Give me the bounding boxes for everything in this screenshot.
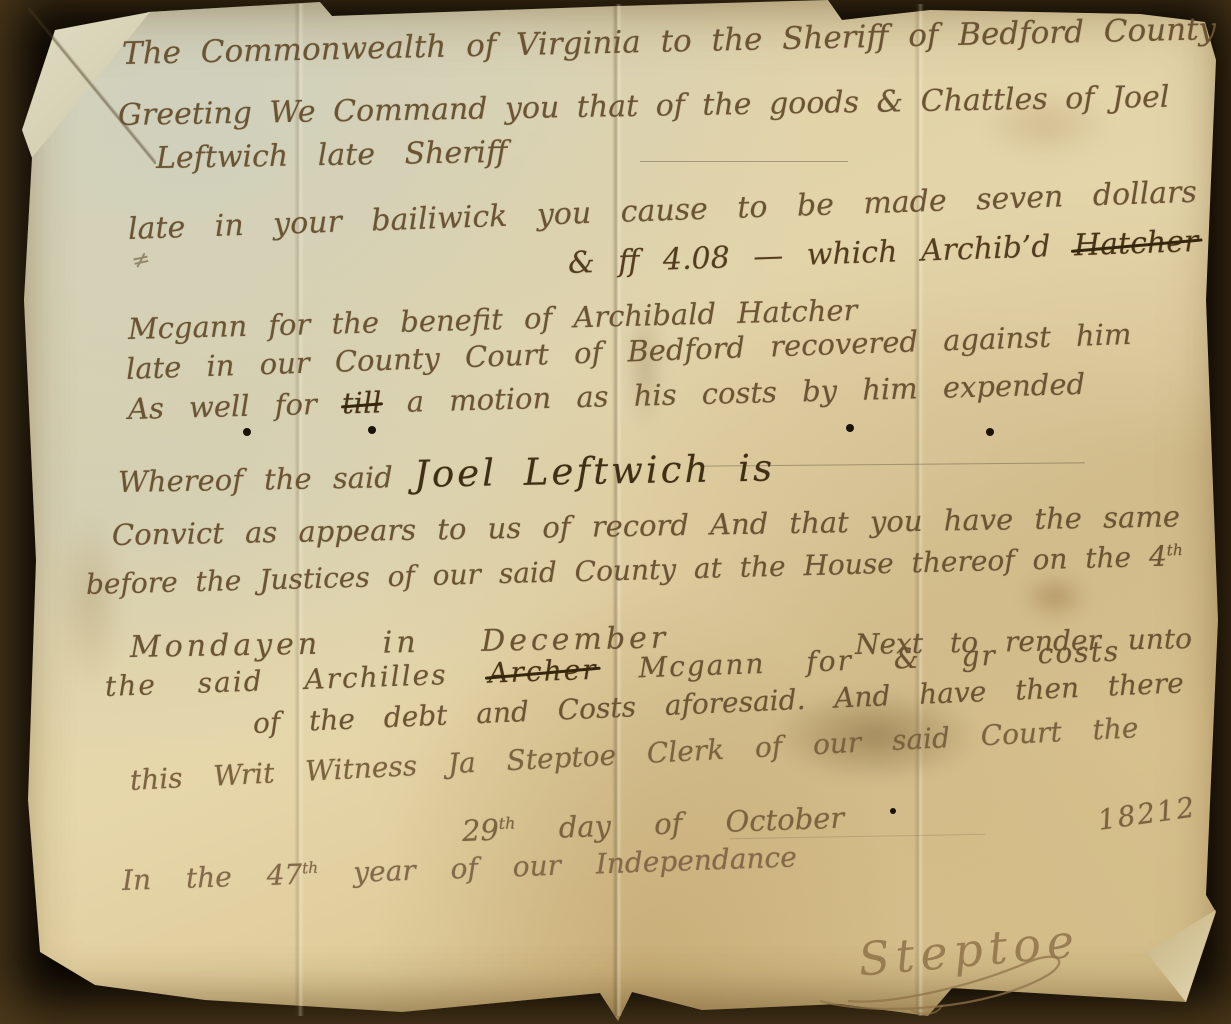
line17-superscript: th bbox=[302, 859, 319, 878]
line16-superscript: th bbox=[498, 813, 515, 833]
line9-text-pre: Whereof the said bbox=[118, 460, 415, 499]
line17-text-pre: In the 47 bbox=[121, 858, 302, 897]
ink-blot-hole bbox=[890, 808, 896, 814]
line8-text-pre: As well for bbox=[128, 386, 343, 426]
document-scan: The Commonwealth of Virginia to the Sher… bbox=[0, 0, 1231, 1024]
blank-rule-line bbox=[640, 161, 848, 162]
clerk-signature-block: Steptoe bbox=[790, 905, 1150, 1015]
name-joel-leftwich: Joel Leftwich is bbox=[414, 447, 776, 496]
ink-blot-hole bbox=[986, 428, 994, 436]
ink-blot-hole bbox=[243, 428, 251, 436]
ink-blot-hole bbox=[846, 424, 854, 432]
struck-word-archer: Archer bbox=[488, 653, 598, 690]
line16-day: 29 bbox=[461, 813, 499, 848]
ink-blot-hole bbox=[368, 426, 376, 434]
line11-superscript: th bbox=[1166, 541, 1183, 559]
struck-word-till: till bbox=[342, 385, 382, 420]
manuscript-line-3: Leftwich late Sheriff bbox=[156, 135, 508, 176]
struck-word-hatcher: Hatcher bbox=[1073, 224, 1198, 263]
